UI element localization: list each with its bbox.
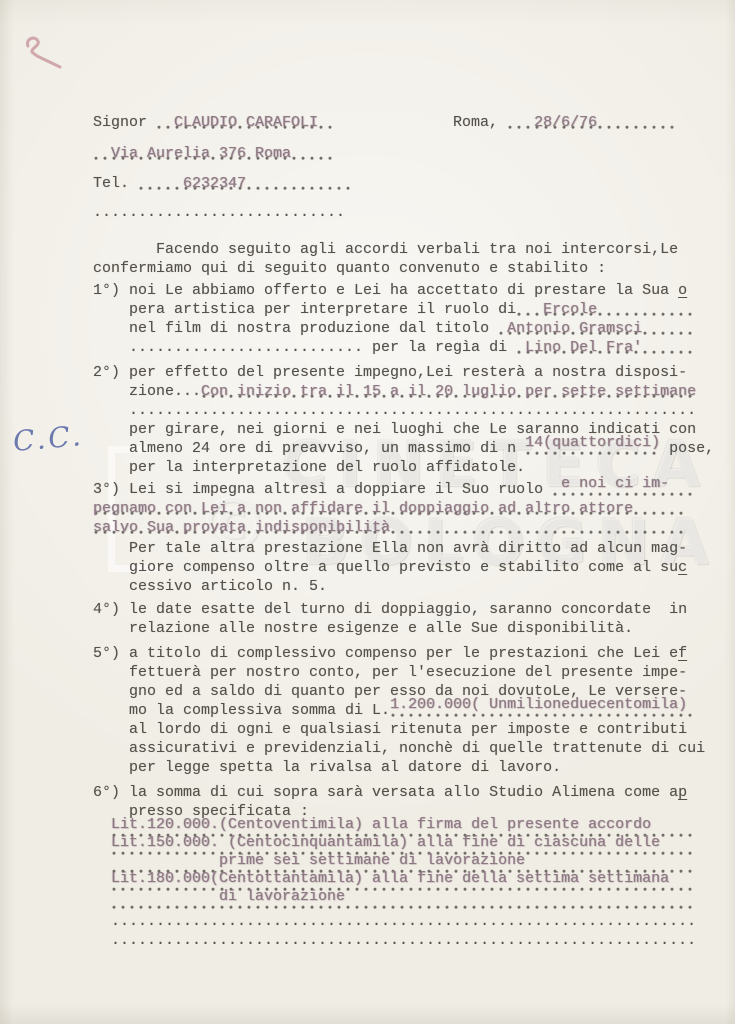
fill-in-text: 6232347 xyxy=(138,174,246,193)
typed-text: Facendo seguito agli accordi verbali tra… xyxy=(93,241,678,258)
typed-text: 6°) la somma di cui sopra sarà versata a… xyxy=(93,784,678,801)
typed-text: mo la complessiva somma di L. xyxy=(93,702,390,719)
fill-in-text: Lit.150.000. (Centocinquantamila) alla f… xyxy=(111,833,660,852)
typed-text: 5°) a titolo di complessivo compenso per… xyxy=(93,645,678,662)
document-line: salvo Sua provata indisponibilità xyxy=(93,518,735,537)
fill-in-text: CLAUDIO CARAFOLI xyxy=(156,113,318,132)
typed-text: nel film di nostra produzione dal titolo xyxy=(93,320,498,337)
typed-text: cessivo articolo n. 5. xyxy=(93,578,327,595)
typed-text: Tel. xyxy=(93,175,138,192)
typed-text: Per tale altra prestazione Ella non avrà… xyxy=(93,540,687,557)
document-line: assicurativi e previdenziali, nonchè di … xyxy=(93,739,735,758)
document-line: 1°) noi Le abbiamo offerto e Lei ha acce… xyxy=(93,281,735,300)
document-line: 6°) la somma di cui sopra sarà versata a… xyxy=(93,783,735,802)
fill-in-field: Lino Del Fra' xyxy=(516,338,696,357)
typed-text xyxy=(93,858,111,875)
typed-text: ............................ xyxy=(93,204,345,221)
fill-in-text: Lit.120.000.(Centoventimila) alla firma … xyxy=(111,815,651,834)
typed-text: Signor xyxy=(93,114,156,131)
typed-text-underlined: c xyxy=(678,559,687,576)
handwritten-note: C.C. xyxy=(12,419,85,458)
fill-in-field: Via Aurelia 376 Roma xyxy=(93,144,336,163)
fill-in-field: 28/6/76 xyxy=(507,113,678,132)
typed-text: assicurativi e previdenziali, nonchè di … xyxy=(93,740,705,757)
document-line: Facendo seguito agli accordi verbali tra… xyxy=(93,240,735,259)
fill-in-text: di lavorazione xyxy=(111,887,345,906)
typed-text: .......................... per la regìa … xyxy=(93,339,516,356)
typed-text: giore compenso oltre a quello previsto e… xyxy=(93,559,678,576)
document-line: di lavorazione xyxy=(93,893,735,912)
typed-text: per la interpretazione del ruolo affidat… xyxy=(93,459,525,476)
fill-in-field: salvo Sua provata indisponibilità xyxy=(93,518,687,537)
fill-in-field: Con inizio tra il 15 a il 20 luglio per … xyxy=(201,382,696,401)
typed-text: relazione alle nostre esigenze e alle Su… xyxy=(93,620,633,637)
document-line: pegnamo con Lei a non affidare il doppia… xyxy=(93,499,735,518)
document-line: 4°) le date esatte del turno di doppiagg… xyxy=(93,600,735,619)
fill-in-text: Con inizio tra il 15 a il 20 luglio per … xyxy=(201,382,696,401)
fill-in-field: CLAUDIO CARAFOLI xyxy=(156,113,336,132)
fill-in-text: e noi ci im- xyxy=(552,474,669,493)
typed-text xyxy=(93,876,111,893)
typed-text-underlined: f xyxy=(678,645,687,662)
typed-text: al lordo di ogni e qualsiasi ritenuta pe… xyxy=(93,721,687,738)
document-line: .......................... per la regìa … xyxy=(93,338,735,357)
typed-text: 3°) Lei si impegna altresì a doppiare il… xyxy=(93,481,552,498)
document-line: mo la complessiva somma di L.1.200.000( … xyxy=(93,701,735,720)
fill-in-field: di lavorazione xyxy=(111,893,696,912)
fill-in-text: 28/6/76 xyxy=(507,113,597,132)
typed-text: ........................................… xyxy=(93,913,696,930)
typed-text xyxy=(93,894,111,911)
document-line: fettuerà per nostro conto, per l'esecuzi… xyxy=(93,663,735,682)
typed-text: 1°) noi Le abbiamo offerto e Lei ha acce… xyxy=(93,282,678,299)
typed-text: almeno 24 ore di preavviso, un massimo d… xyxy=(93,440,525,457)
document-line: pera artistica per interpretare il ruolo… xyxy=(93,300,735,319)
scanned-letter-page: © CINETECA BOLOGNA Signor CLAUDIO CARAFO… xyxy=(0,0,735,1024)
typed-text: fettuerà per nostro conto, per l'esecuzi… xyxy=(93,664,687,681)
typed-text: 4°) le date esatte del turno di doppiagg… xyxy=(93,601,687,618)
typed-text xyxy=(93,822,111,839)
fill-in-field: Antonio Gramsci xyxy=(498,319,696,338)
fill-in-field: 1.200.000( Unmilioneduecentomila) xyxy=(390,701,696,720)
typed-text-underlined: p xyxy=(678,784,687,801)
fill-in-field: e noi ci im- xyxy=(552,480,696,499)
fill-in-text: Ercole xyxy=(516,300,597,319)
document-line: cessivo articolo n. 5. xyxy=(93,577,735,596)
fill-in-text: 1.200.000( Unmilioneduecentomila) xyxy=(390,695,687,714)
typed-text: pera artistica per interpretare il ruolo… xyxy=(93,301,516,318)
fill-in-field: 6232347 xyxy=(138,174,354,193)
document-lines: Signor CLAUDIO CARAFOLI Roma, 28/6/76 Vi… xyxy=(93,113,735,950)
document-line: confermiamo qui di seguito quanto conven… xyxy=(93,259,735,278)
typed-text: zione... xyxy=(93,383,201,400)
typed-text xyxy=(93,840,111,857)
typed-text: confermiamo qui di seguito quanto conven… xyxy=(93,260,606,277)
document-line: Signor CLAUDIO CARAFOLI Roma, 28/6/76 xyxy=(93,113,735,132)
document-line: ........................................… xyxy=(93,401,735,420)
document-line: ........................................… xyxy=(93,912,735,931)
typed-text: ........................................… xyxy=(93,932,696,949)
fill-in-field: Ercole xyxy=(516,300,696,319)
document-line: 3°) Lei si impegna altresì a doppiare il… xyxy=(93,480,735,499)
document-line: ........................................… xyxy=(93,931,735,950)
fill-in-text: 14(quattordici) xyxy=(525,433,660,452)
fill-in-text: pegnamo con Lei a non affidare il doppia… xyxy=(93,499,633,518)
document-line: 2°) per effetto del presente impegno,Lei… xyxy=(93,363,735,382)
typed-text: ........................................… xyxy=(93,402,696,419)
fill-in-text: Lino Del Fra' xyxy=(516,338,642,357)
document-line: per legge spetta la rivalsa al datore di… xyxy=(93,758,735,777)
document-line: zione...Con inizio tra il 15 a il 20 lug… xyxy=(93,382,735,401)
fill-in-text: prime sei settimane di lavorazione xyxy=(111,851,525,870)
typed-text: Roma, xyxy=(336,114,507,131)
ink-scribble xyxy=(18,30,68,70)
fill-in-text: salvo Sua provata indisponibilità xyxy=(93,518,390,537)
document-line: ............................ xyxy=(93,203,735,222)
document-line: 5°) a titolo di complessivo compenso per… xyxy=(93,644,735,663)
document-line: Per tale altra prestazione Ella non avrà… xyxy=(93,539,735,558)
typed-text: pose, xyxy=(660,440,714,457)
fill-in-text: Lit.180.000(Centottantamila) alla fine d… xyxy=(111,869,669,888)
document-line: giore compenso oltre a quello previsto e… xyxy=(93,558,735,577)
document-line: almeno 24 ore di preavviso, un massimo d… xyxy=(93,439,735,458)
fill-in-text: Via Aurelia 376 Roma xyxy=(93,144,291,163)
document-line: relazione alle nostre esigenze e alle Su… xyxy=(93,619,735,638)
typed-text: per legge spetta la rivalsa al datore di… xyxy=(93,759,561,776)
fill-in-field: 14(quattordici) xyxy=(525,439,660,458)
typed-text-underlined: o xyxy=(678,282,687,299)
fill-in-text: Antonio Gramsci xyxy=(498,319,642,338)
typed-text: 2°) per effetto del presente impegno,Lei… xyxy=(93,364,687,381)
document-line: nel film di nostra produzione dal titolo… xyxy=(93,319,735,338)
document-line: Via Aurelia 376 Roma xyxy=(93,144,735,163)
document-line: Tel. 6232347 xyxy=(93,174,735,193)
document-line: al lordo di ogni e qualsiasi ritenuta pe… xyxy=(93,720,735,739)
fill-in-field: pegnamo con Lei a non affidare il doppia… xyxy=(93,499,687,518)
